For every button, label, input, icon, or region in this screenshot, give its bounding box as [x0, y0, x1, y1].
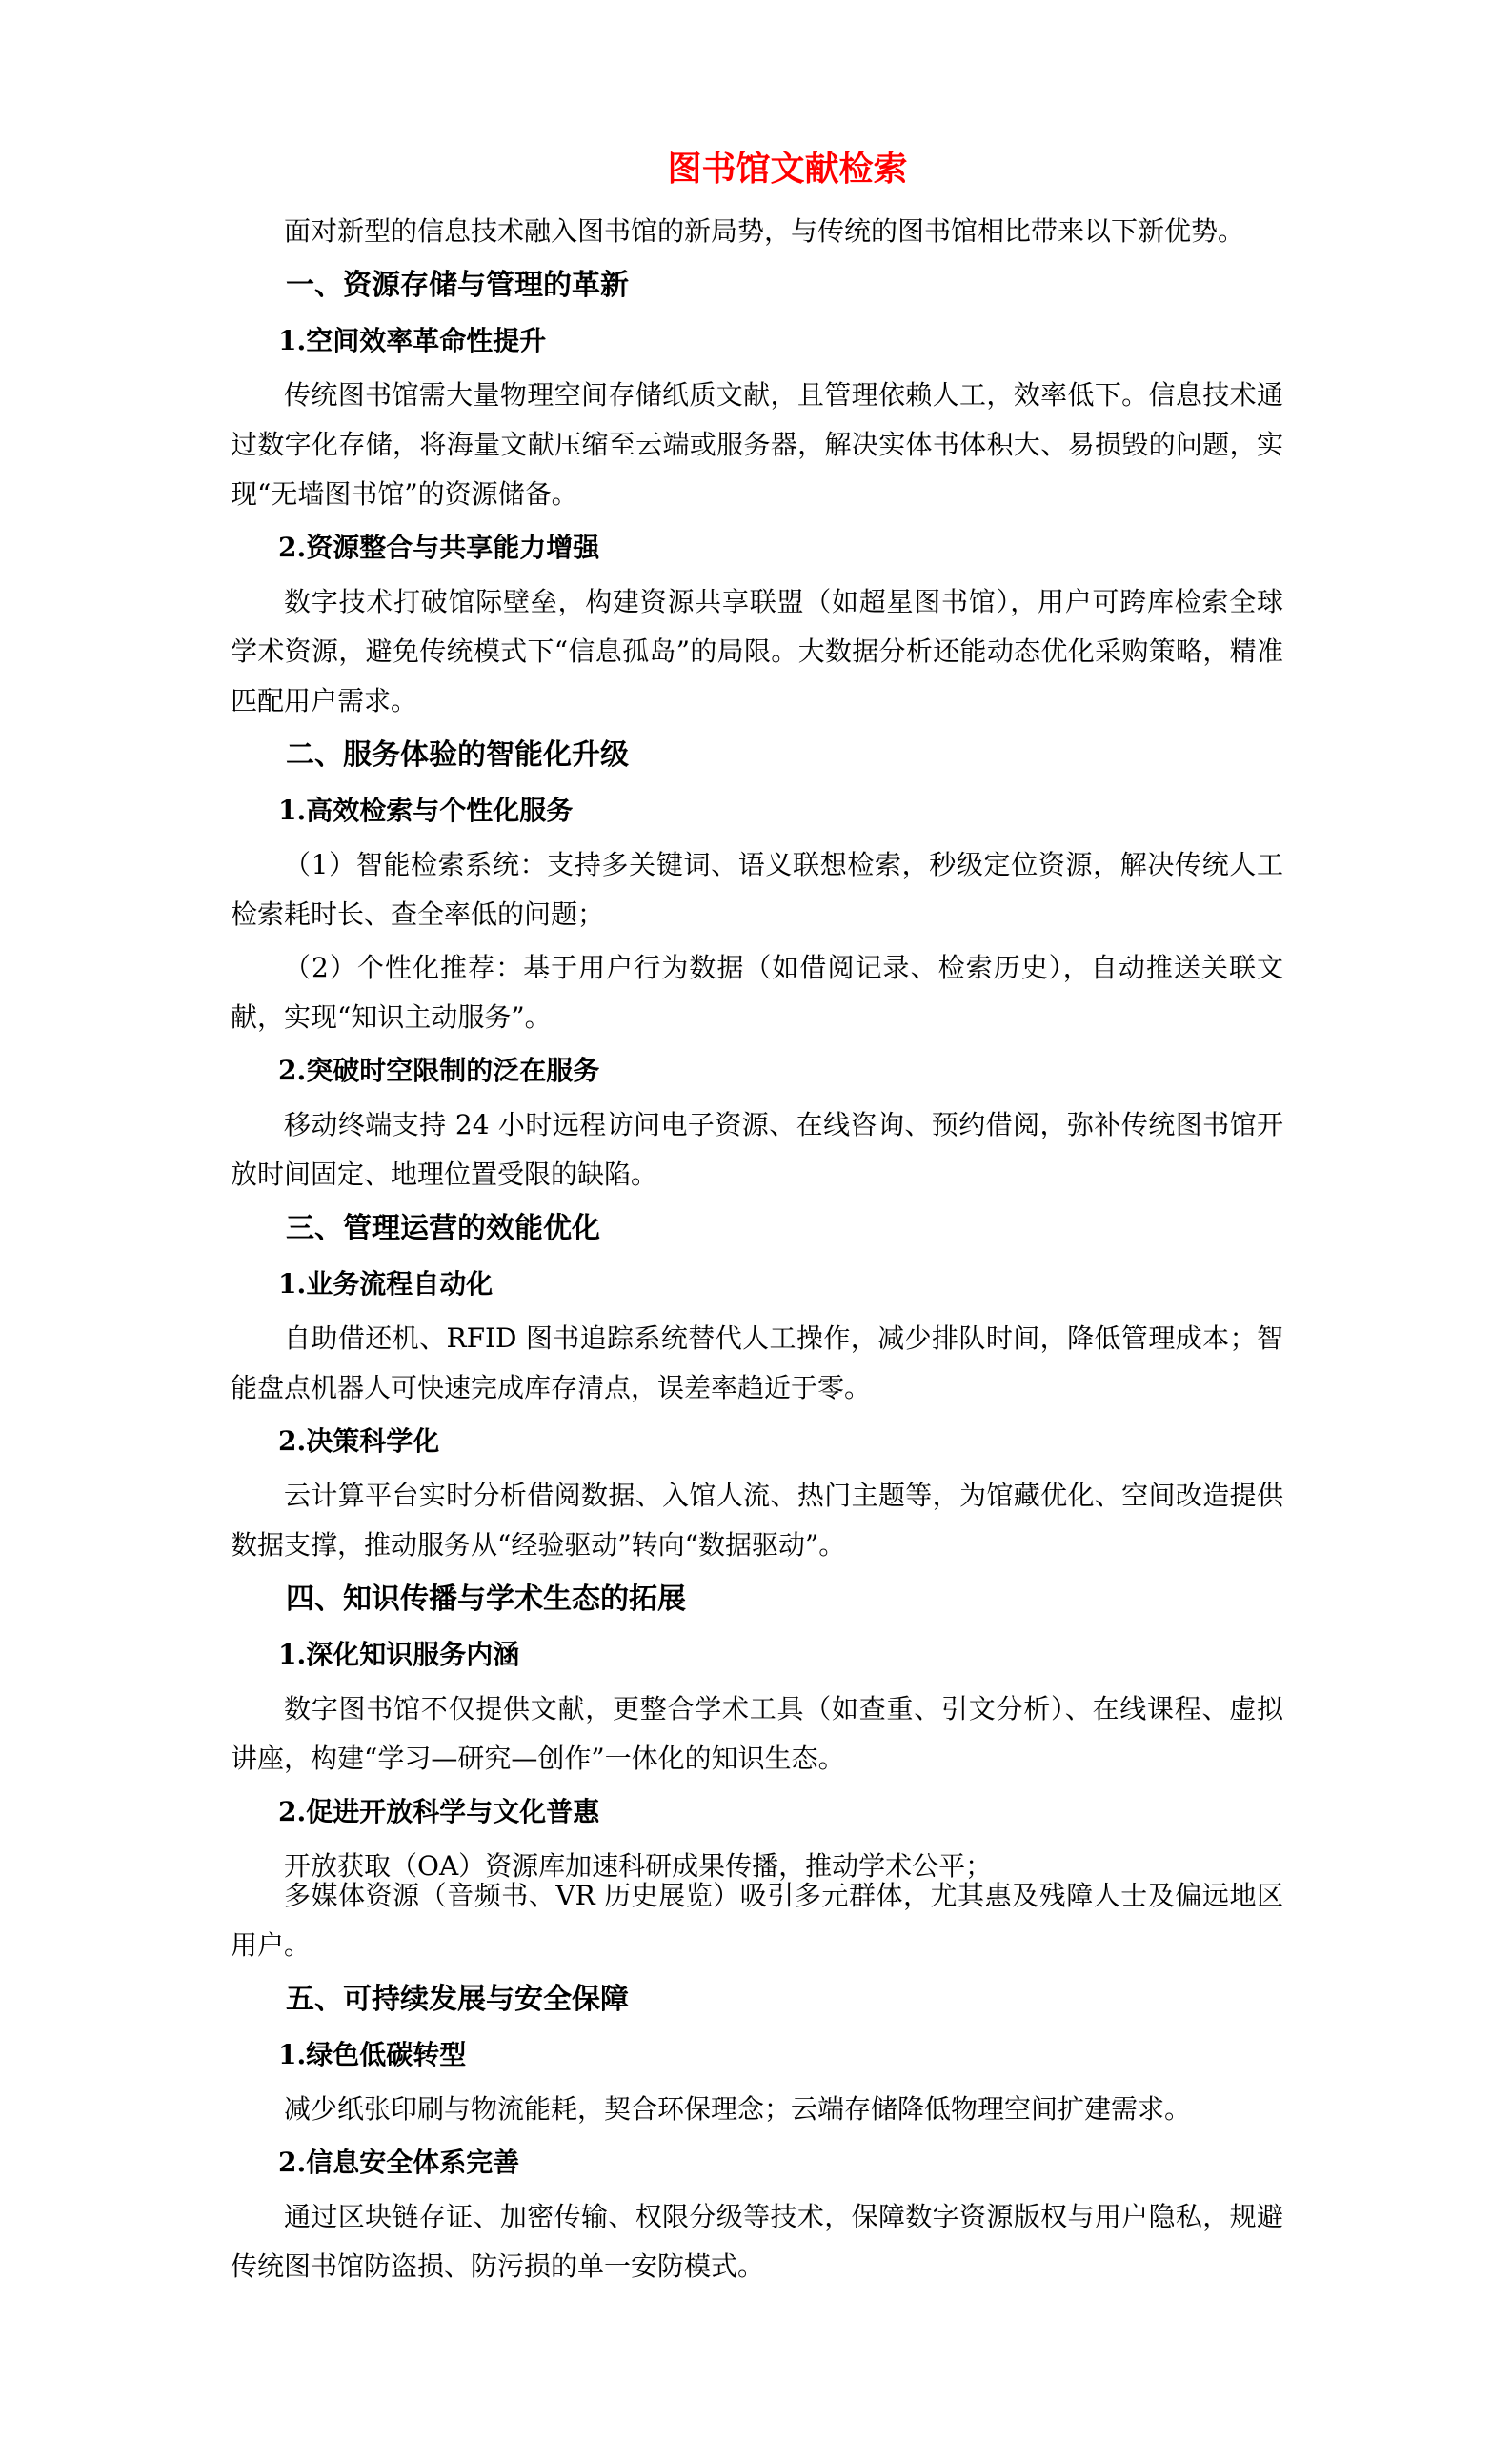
- subsection-heading: 2.信息安全体系完善: [278, 2142, 1283, 2184]
- subsection-heading-text: 业务流程自动化: [306, 1268, 493, 1300]
- section-number: 二、: [286, 738, 343, 772]
- subsection-number: 2.: [278, 1425, 306, 1457]
- subsection-heading: 1.高效检索与个性化服务: [278, 790, 1283, 832]
- section-heading-text: 资源存储与管理的革新: [343, 269, 629, 302]
- body-paragraph: 多媒体资源（音频书、VR 历史展览）吸引多元群体，尤其惠及残障人士及偏远地区用户…: [231, 1871, 1283, 1970]
- subsection-heading-text: 绿色低碳转型: [306, 2039, 466, 2070]
- subsection-number: 1.: [278, 795, 306, 826]
- subsection-number: 1.: [278, 325, 306, 356]
- subsection-heading: 2.促进开放科学与文化普惠: [278, 1791, 1283, 1833]
- body-paragraph: 移动终端支持 24 小时远程访问电子资源、在线咨询、预约借阅，弥补传统图书馆开放…: [231, 1100, 1283, 1200]
- subsection-number: 2.: [278, 2147, 306, 2178]
- section-heading-text: 可持续发展与安全保障: [343, 1983, 629, 2016]
- section-heading: 二、服务体验的智能化升级: [286, 735, 1283, 776]
- subsection-heading-text: 高效检索与个性化服务: [306, 795, 573, 826]
- subsection-heading-text: 深化知识服务内涵: [306, 1639, 519, 1670]
- body-paragraph: 数字技术打破馆际壁垒，构建资源共享联盟（如超星图书馆），用户可跨库检索全球学术资…: [231, 577, 1283, 726]
- subsection-number: 1.: [278, 1268, 306, 1300]
- section-number: 四、: [286, 1583, 343, 1616]
- subsection-heading: 1.业务流程自动化: [278, 1263, 1283, 1305]
- section-number: 三、: [286, 1212, 343, 1245]
- subsection-heading-text: 决策科学化: [306, 1425, 439, 1457]
- section-heading: 一、资源存储与管理的革新: [286, 265, 1283, 307]
- body-paragraph: 数字图书馆不仅提供文献，更整合学术工具（如查重、引文分析）、在线课程、虚拟讲座，…: [231, 1684, 1283, 1784]
- subsection-number: 2.: [278, 1796, 306, 1827]
- body-paragraph: 传统图书馆需大量物理空间存储纸质文献，且管理依赖人工，效率低下。信息技术通过数字…: [231, 371, 1283, 519]
- section-heading: 三、管理运营的效能优化: [286, 1208, 1283, 1250]
- document-content: 图书馆文献检索 面对新型的信息技术融入图书馆的新局势，与传统的图书馆相比带来以下…: [231, 145, 1283, 2291]
- subsection-heading-text: 空间效率革命性提升: [306, 325, 546, 356]
- document-title: 图书馆文献检索: [231, 145, 1283, 194]
- section-heading-text: 知识传播与学术生态的拓展: [343, 1583, 686, 1616]
- section-heading: 四、知识传播与学术生态的拓展: [286, 1579, 1283, 1621]
- body-paragraph: 云计算平台实时分析借阅数据、入馆人流、热门主题等，为馆藏优化、空间改造提供数据支…: [231, 1471, 1283, 1570]
- subsection-heading: 1.绿色低碳转型: [278, 2034, 1283, 2076]
- subsection-heading: 1.深化知识服务内涵: [278, 1634, 1283, 1676]
- subsection-heading: 2.突破时空限制的泛在服务: [278, 1050, 1283, 1092]
- subsection-heading: 2.决策科学化: [278, 1421, 1283, 1462]
- subsection-heading-text: 促进开放科学与文化普惠: [306, 1796, 599, 1827]
- section-heading-text: 服务体验的智能化升级: [343, 738, 629, 772]
- intro-paragraph: 面对新型的信息技术融入图书馆的新局势，与传统的图书馆相比带来以下新优势。: [231, 207, 1283, 256]
- body-paragraph: 通过区块链存证、加密传输、权限分级等技术，保障数字资源版权与用户隐私，规避传统图…: [231, 2192, 1283, 2291]
- body-paragraph: （1）智能检索系统：支持多关键词、语义联想检索，秒级定位资源，解决传统人工检索耗…: [231, 840, 1283, 939]
- subsection-number: 1.: [278, 1639, 306, 1670]
- subsection-heading-text: 信息安全体系完善: [306, 2147, 519, 2178]
- section-heading: 五、可持续发展与安全保障: [286, 1979, 1283, 2021]
- document-page: 图书馆文献检索 面对新型的信息技术融入图书馆的新局势，与传统的图书馆相比带来以下…: [0, 0, 1512, 2440]
- subsection-number: 2.: [278, 1055, 306, 1086]
- body-paragraph: （2）个性化推荐：基于用户行为数据（如借阅记录、检索历史），自动推送关联文献，实…: [231, 943, 1283, 1042]
- subsection-heading: 2.资源整合与共享能力增强: [278, 527, 1283, 569]
- section-number: 五、: [286, 1983, 343, 2016]
- section-number: 一、: [286, 269, 343, 302]
- subsection-number: 1.: [278, 2039, 306, 2070]
- subsection-number: 2.: [278, 532, 306, 563]
- body-paragraph: 自助借还机、RFID 图书追踪系统替代人工操作，减少排队时间，降低管理成本；智能…: [231, 1314, 1283, 1413]
- subsection-heading: 1.空间效率革命性提升: [278, 320, 1283, 362]
- subsection-heading-text: 资源整合与共享能力增强: [306, 532, 599, 563]
- subsection-heading-text: 突破时空限制的泛在服务: [306, 1055, 599, 1086]
- section-heading-text: 管理运营的效能优化: [343, 1212, 600, 1245]
- body-paragraph: 减少纸张印刷与物流能耗，契合环保理念；云端存储降低物理空间扩建需求。: [231, 2085, 1283, 2134]
